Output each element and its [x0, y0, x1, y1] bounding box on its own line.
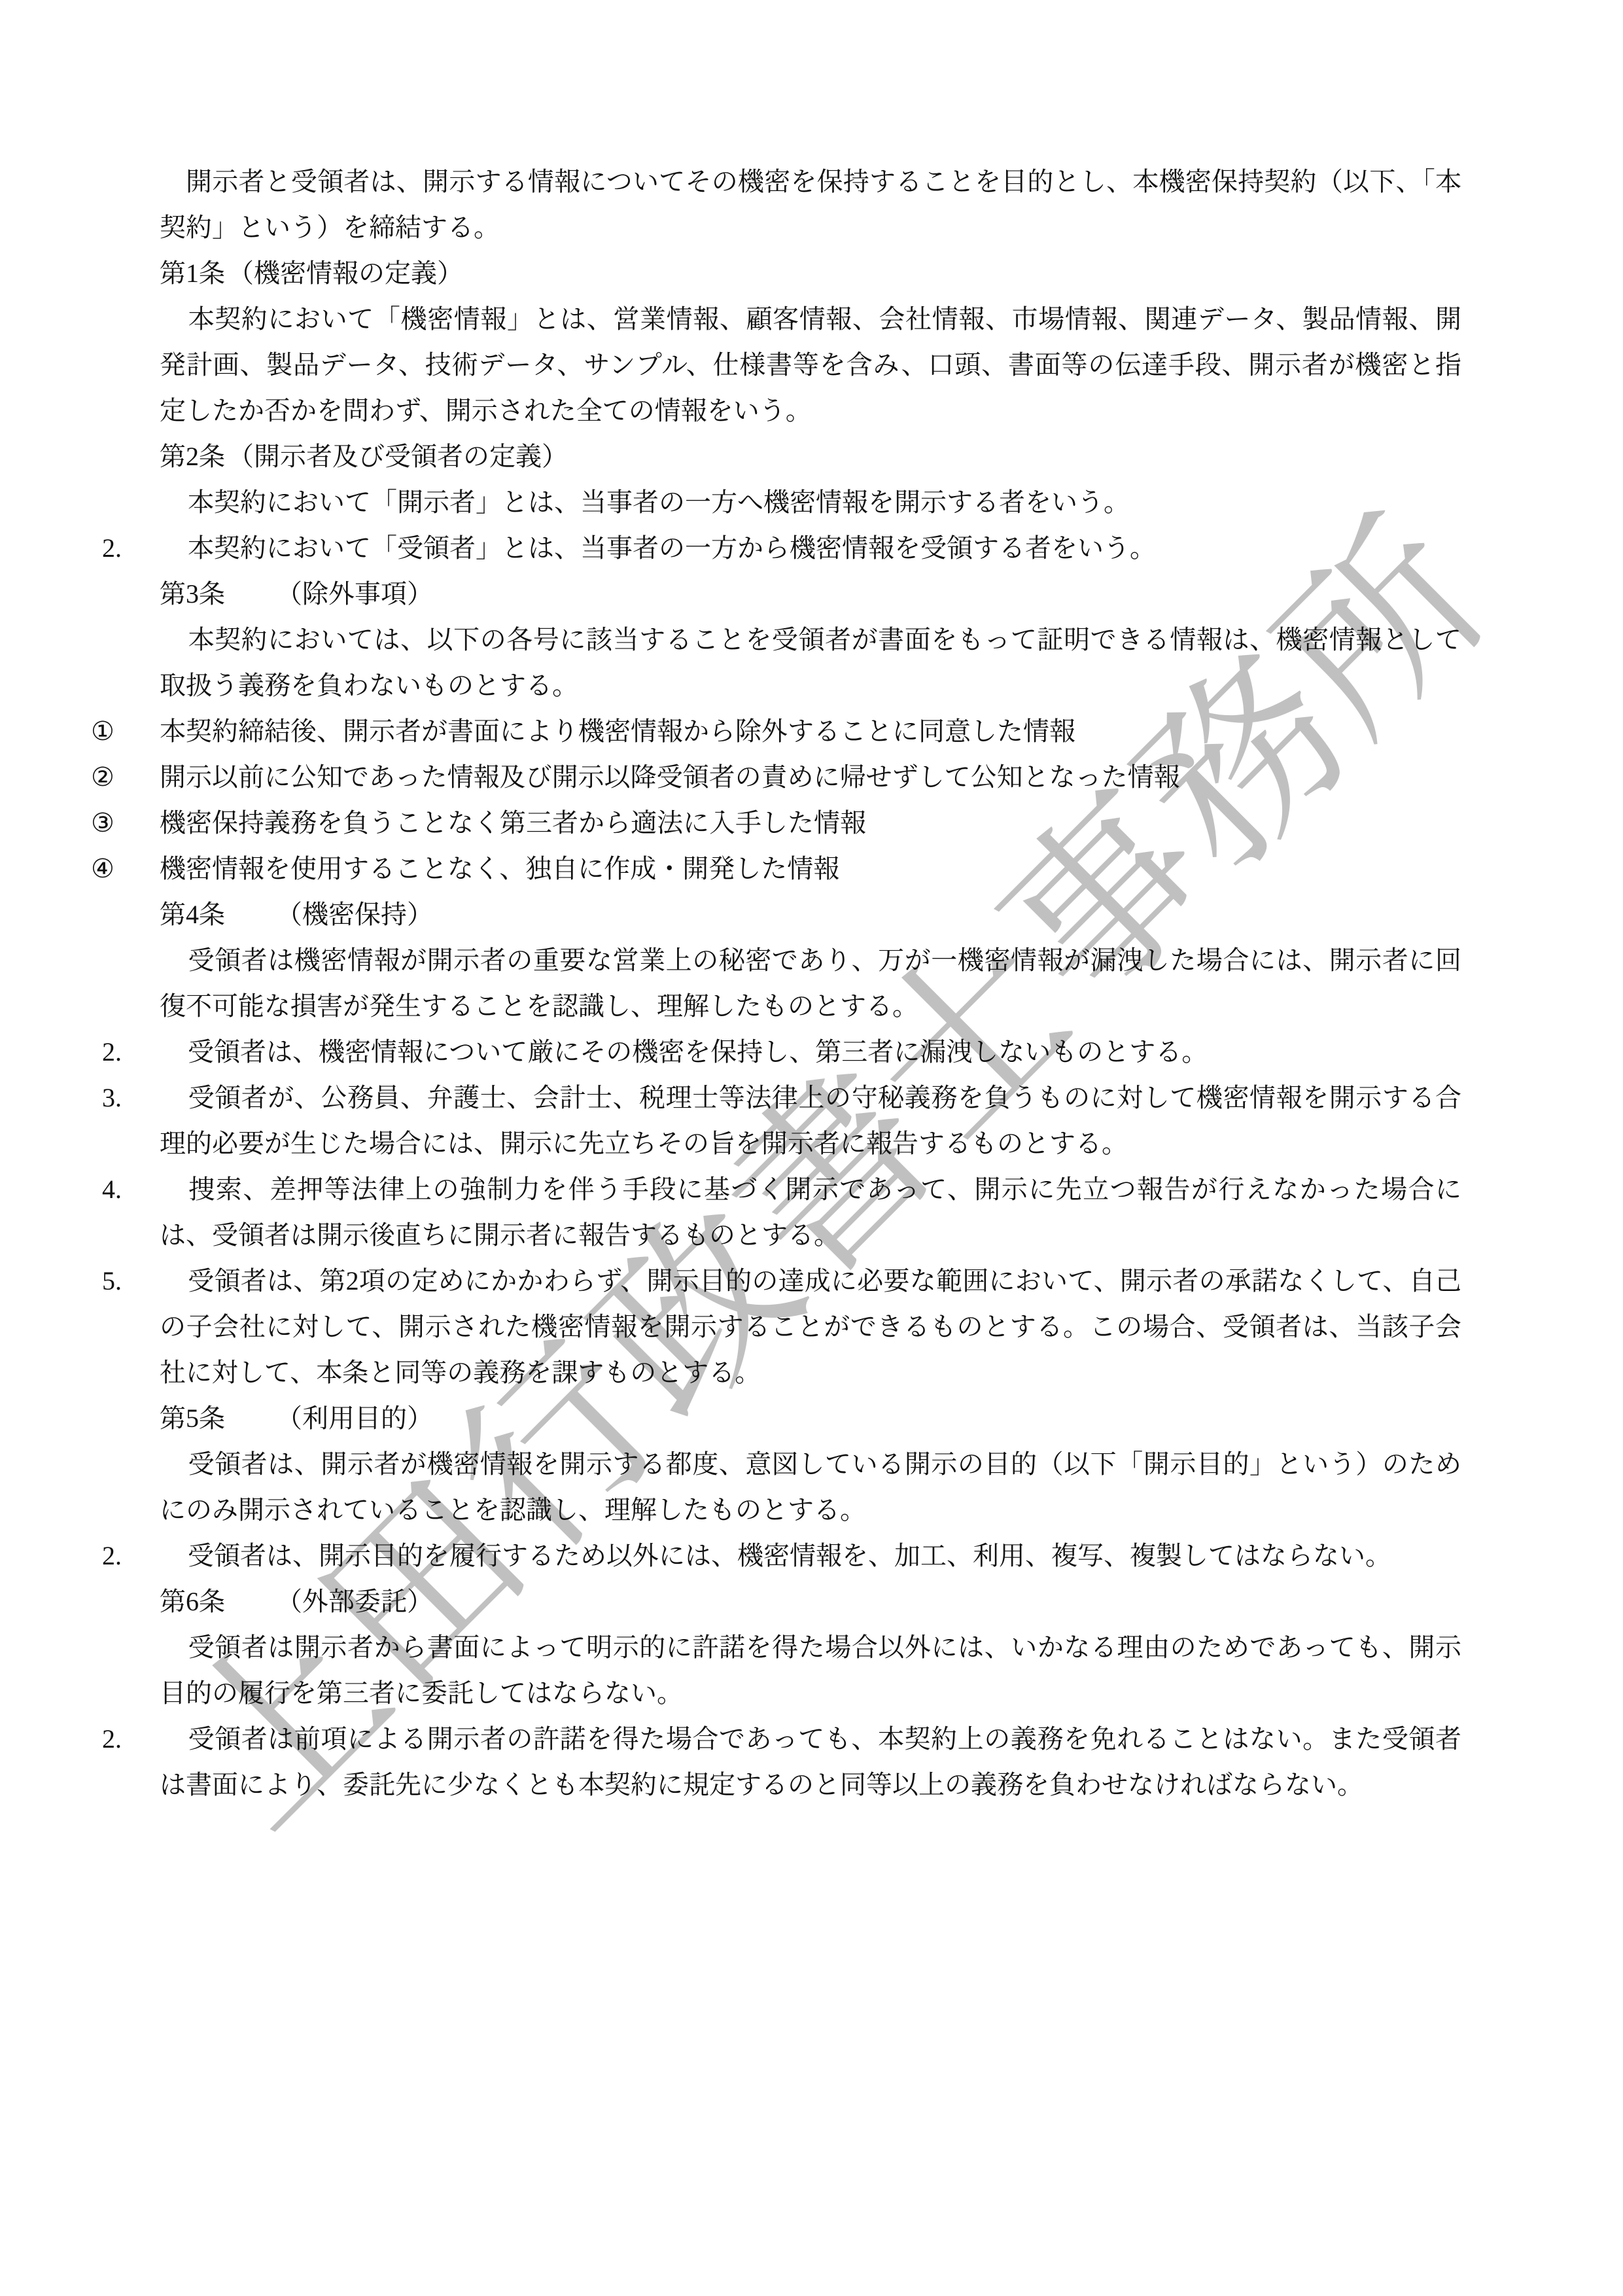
article-title: （利用目的）: [276, 1404, 433, 1433]
clause-item: 2.受領者は、機密情報について厳にその機密を保持し、第三者に漏洩しないものとする…: [160, 1029, 1461, 1075]
list-item: ②開示以前に公知であった情報及び開示以降受領者の責めに帰せずして公知となった情報: [160, 754, 1461, 800]
list-marker: ③: [91, 800, 160, 846]
clause-item: 2.本契約において「受領者」とは、当事者の一方から機密情報を受領する者をいう。: [160, 525, 1461, 571]
list-text: 本契約締結後、開示者が書面により機密情報から除外することに同意した情報: [160, 716, 1075, 746]
article-number: 第2条: [160, 442, 225, 471]
clause-number: 5.: [102, 1258, 188, 1304]
clause-text: 受領者は、機密情報について厳にその機密を保持し、第三者に漏洩しないものとする。: [188, 1037, 1208, 1067]
article-number: 第5条: [160, 1404, 225, 1433]
article-title: （除外事項）: [276, 579, 433, 609]
clause-text: 捜索、差押等法律上の強制力を伴う手段に基づく開示であって、開示に先立つ報告が行え…: [160, 1174, 1461, 1250]
list-item: ③機密保持義務を負うことなく第三者から適法に入手した情報: [160, 800, 1461, 846]
clause-text: 受領者は、第2項の定めにかかわらず、開示目的の達成に必要な範囲において、開示者の…: [160, 1266, 1461, 1387]
list-item: ④機密情報を使用することなく、独自に作成・開発した情報: [160, 846, 1461, 892]
article-title: （外部委託）: [276, 1587, 433, 1616]
clause-item: 本契約においては、以下の各号に該当することを受領者が書面をもって証明できる情報は…: [160, 617, 1461, 709]
clause-number: 4.: [102, 1167, 188, 1212]
page-content: 開示者と受領者は、開示する情報についてその機密を保持することを目的とし、本機密保…: [160, 159, 1461, 1808]
list-text: 開示以前に公知であった情報及び開示以降受領者の責めに帰せずして公知となった情報: [160, 762, 1180, 792]
clause-number: 3.: [102, 1075, 188, 1121]
clause-item: 3.受領者が、公務員、弁護士、会計士、税理士等法律上の守秘義務を負うものに対して…: [160, 1075, 1461, 1167]
article-number: 第6条: [160, 1587, 225, 1616]
clause-text: 受領者は、開示者が機密情報を開示する都度、意図している開示の目的（以下「開示目的…: [160, 1449, 1461, 1525]
list-marker: ②: [91, 754, 160, 800]
clause-item: 受領者は機密情報が開示者の重要な営業上の秘密であり、万が一機密情報が漏洩した場合…: [160, 938, 1461, 1029]
list-text: 機密情報を使用することなく、独自に作成・開発した情報: [160, 854, 839, 883]
article-heading: 第2条（開示者及び受領者の定義）: [160, 434, 1461, 480]
article-heading: 第4条（機密保持）: [160, 892, 1461, 938]
clause-item: 受領者は、開示者が機密情報を開示する都度、意図している開示の目的（以下「開示目的…: [160, 1441, 1461, 1533]
article-heading: 第5条（利用目的）: [160, 1396, 1461, 1441]
clause-item: 2.受領者は、開示目的を履行するため以外には、機密情報を、加工、利用、複写、複製…: [160, 1533, 1461, 1579]
article-title: （機密保持）: [276, 900, 433, 929]
clause-item: 5.受領者は、第2項の定めにかかわらず、開示目的の達成に必要な範囲において、開示…: [160, 1258, 1461, 1396]
clause-item: 2.受領者は前項による開示者の許諾を得た場合であっても、本契約上の義務を免れるこ…: [160, 1716, 1461, 1808]
clause-text: 本契約において「開示者」とは、当事者の一方へ機密情報を開示する者をいう。: [188, 487, 1130, 517]
list-text: 機密保持義務を負うことなく第三者から適法に入手した情報: [160, 808, 866, 838]
article-heading: 第3条（除外事項）: [160, 571, 1461, 617]
list-marker: ④: [91, 846, 160, 892]
article-4: 第4条（機密保持） 受領者は機密情報が開示者の重要な営業上の秘密であり、万が一機…: [160, 892, 1461, 1396]
article-6: 第6条（外部委託） 受領者は開示者から書面によって明示的に許諾を得た場合以外には…: [160, 1579, 1461, 1808]
list-marker: ①: [91, 709, 160, 754]
article-5: 第5条（利用目的） 受領者は、開示者が機密情報を開示する都度、意図している開示の…: [160, 1396, 1461, 1579]
clause-text: 受領者は、開示目的を履行するため以外には、機密情報を、加工、利用、複写、複製して…: [188, 1541, 1391, 1570]
clause-number: 2.: [102, 1533, 188, 1579]
clause-item: 4.捜索、差押等法律上の強制力を伴う手段に基づく開示であって、開示に先立つ報告が…: [160, 1167, 1461, 1258]
list-item: ①本契約締結後、開示者が書面により機密情報から除外することに同意した情報: [160, 709, 1461, 754]
article-number: 第1条: [160, 258, 225, 288]
intro-paragraph: 開示者と受領者は、開示する情報についてその機密を保持することを目的とし、本機密保…: [160, 159, 1461, 251]
article-heading: 第6条（外部委託）: [160, 1579, 1461, 1625]
article-1: 第1条（機密情報の定義） 本契約において「機密情報」とは、営業情報、顧客情報、会…: [160, 251, 1461, 434]
clause-text: 受領者は前項による開示者の許諾を得た場合であっても、本契約上の義務を免れることは…: [160, 1724, 1461, 1799]
clause-number: 2.: [102, 1029, 188, 1075]
article-number: 第3条: [160, 579, 225, 609]
article-title: （機密情報の定義）: [228, 258, 463, 288]
article-3: 第3条（除外事項） 本契約においては、以下の各号に該当することを受領者が書面をも…: [160, 571, 1461, 892]
clause-item: 受領者は開示者から書面によって明示的に許諾を得た場合以外には、いかなる理由のため…: [160, 1625, 1461, 1716]
clause-item: 本契約において「機密情報」とは、営業情報、顧客情報、会社情報、市場情報、関連デー…: [160, 296, 1461, 434]
article-number: 第4条: [160, 900, 225, 929]
clause-text: 受領者は機密情報が開示者の重要な営業上の秘密であり、万が一機密情報が漏洩した場合…: [160, 945, 1461, 1021]
article-2: 第2条（開示者及び受領者の定義） 本契約において「開示者」とは、当事者の一方へ機…: [160, 434, 1461, 571]
article-heading: 第1条（機密情報の定義）: [160, 251, 1461, 296]
article-title: （開示者及び受領者の定義）: [228, 442, 568, 471]
clause-text: 本契約において「機密情報」とは、営業情報、顧客情報、会社情報、市場情報、関連デー…: [160, 304, 1461, 425]
clause-text: 受領者が、公務員、弁護士、会計士、税理士等法律上の守秘義務を負うものに対して機密…: [160, 1083, 1461, 1158]
clause-item: 本契約において「開示者」とは、当事者の一方へ機密情報を開示する者をいう。: [160, 480, 1461, 525]
clause-text: 受領者は開示者から書面によって明示的に許諾を得た場合以外には、いかなる理由のため…: [160, 1633, 1461, 1708]
clause-text: 本契約において「受領者」とは、当事者の一方から機密情報を受領する者をいう。: [188, 533, 1156, 563]
clause-number: 2.: [102, 1716, 188, 1762]
document-page: 上田行政書士事務所 開示者と受領者は、開示する情報についてその機密を保持すること…: [0, 0, 1623, 2296]
clause-number: 2.: [102, 525, 188, 571]
clause-text: 本契約においては、以下の各号に該当することを受領者が書面をもって証明できる情報は…: [160, 625, 1461, 700]
